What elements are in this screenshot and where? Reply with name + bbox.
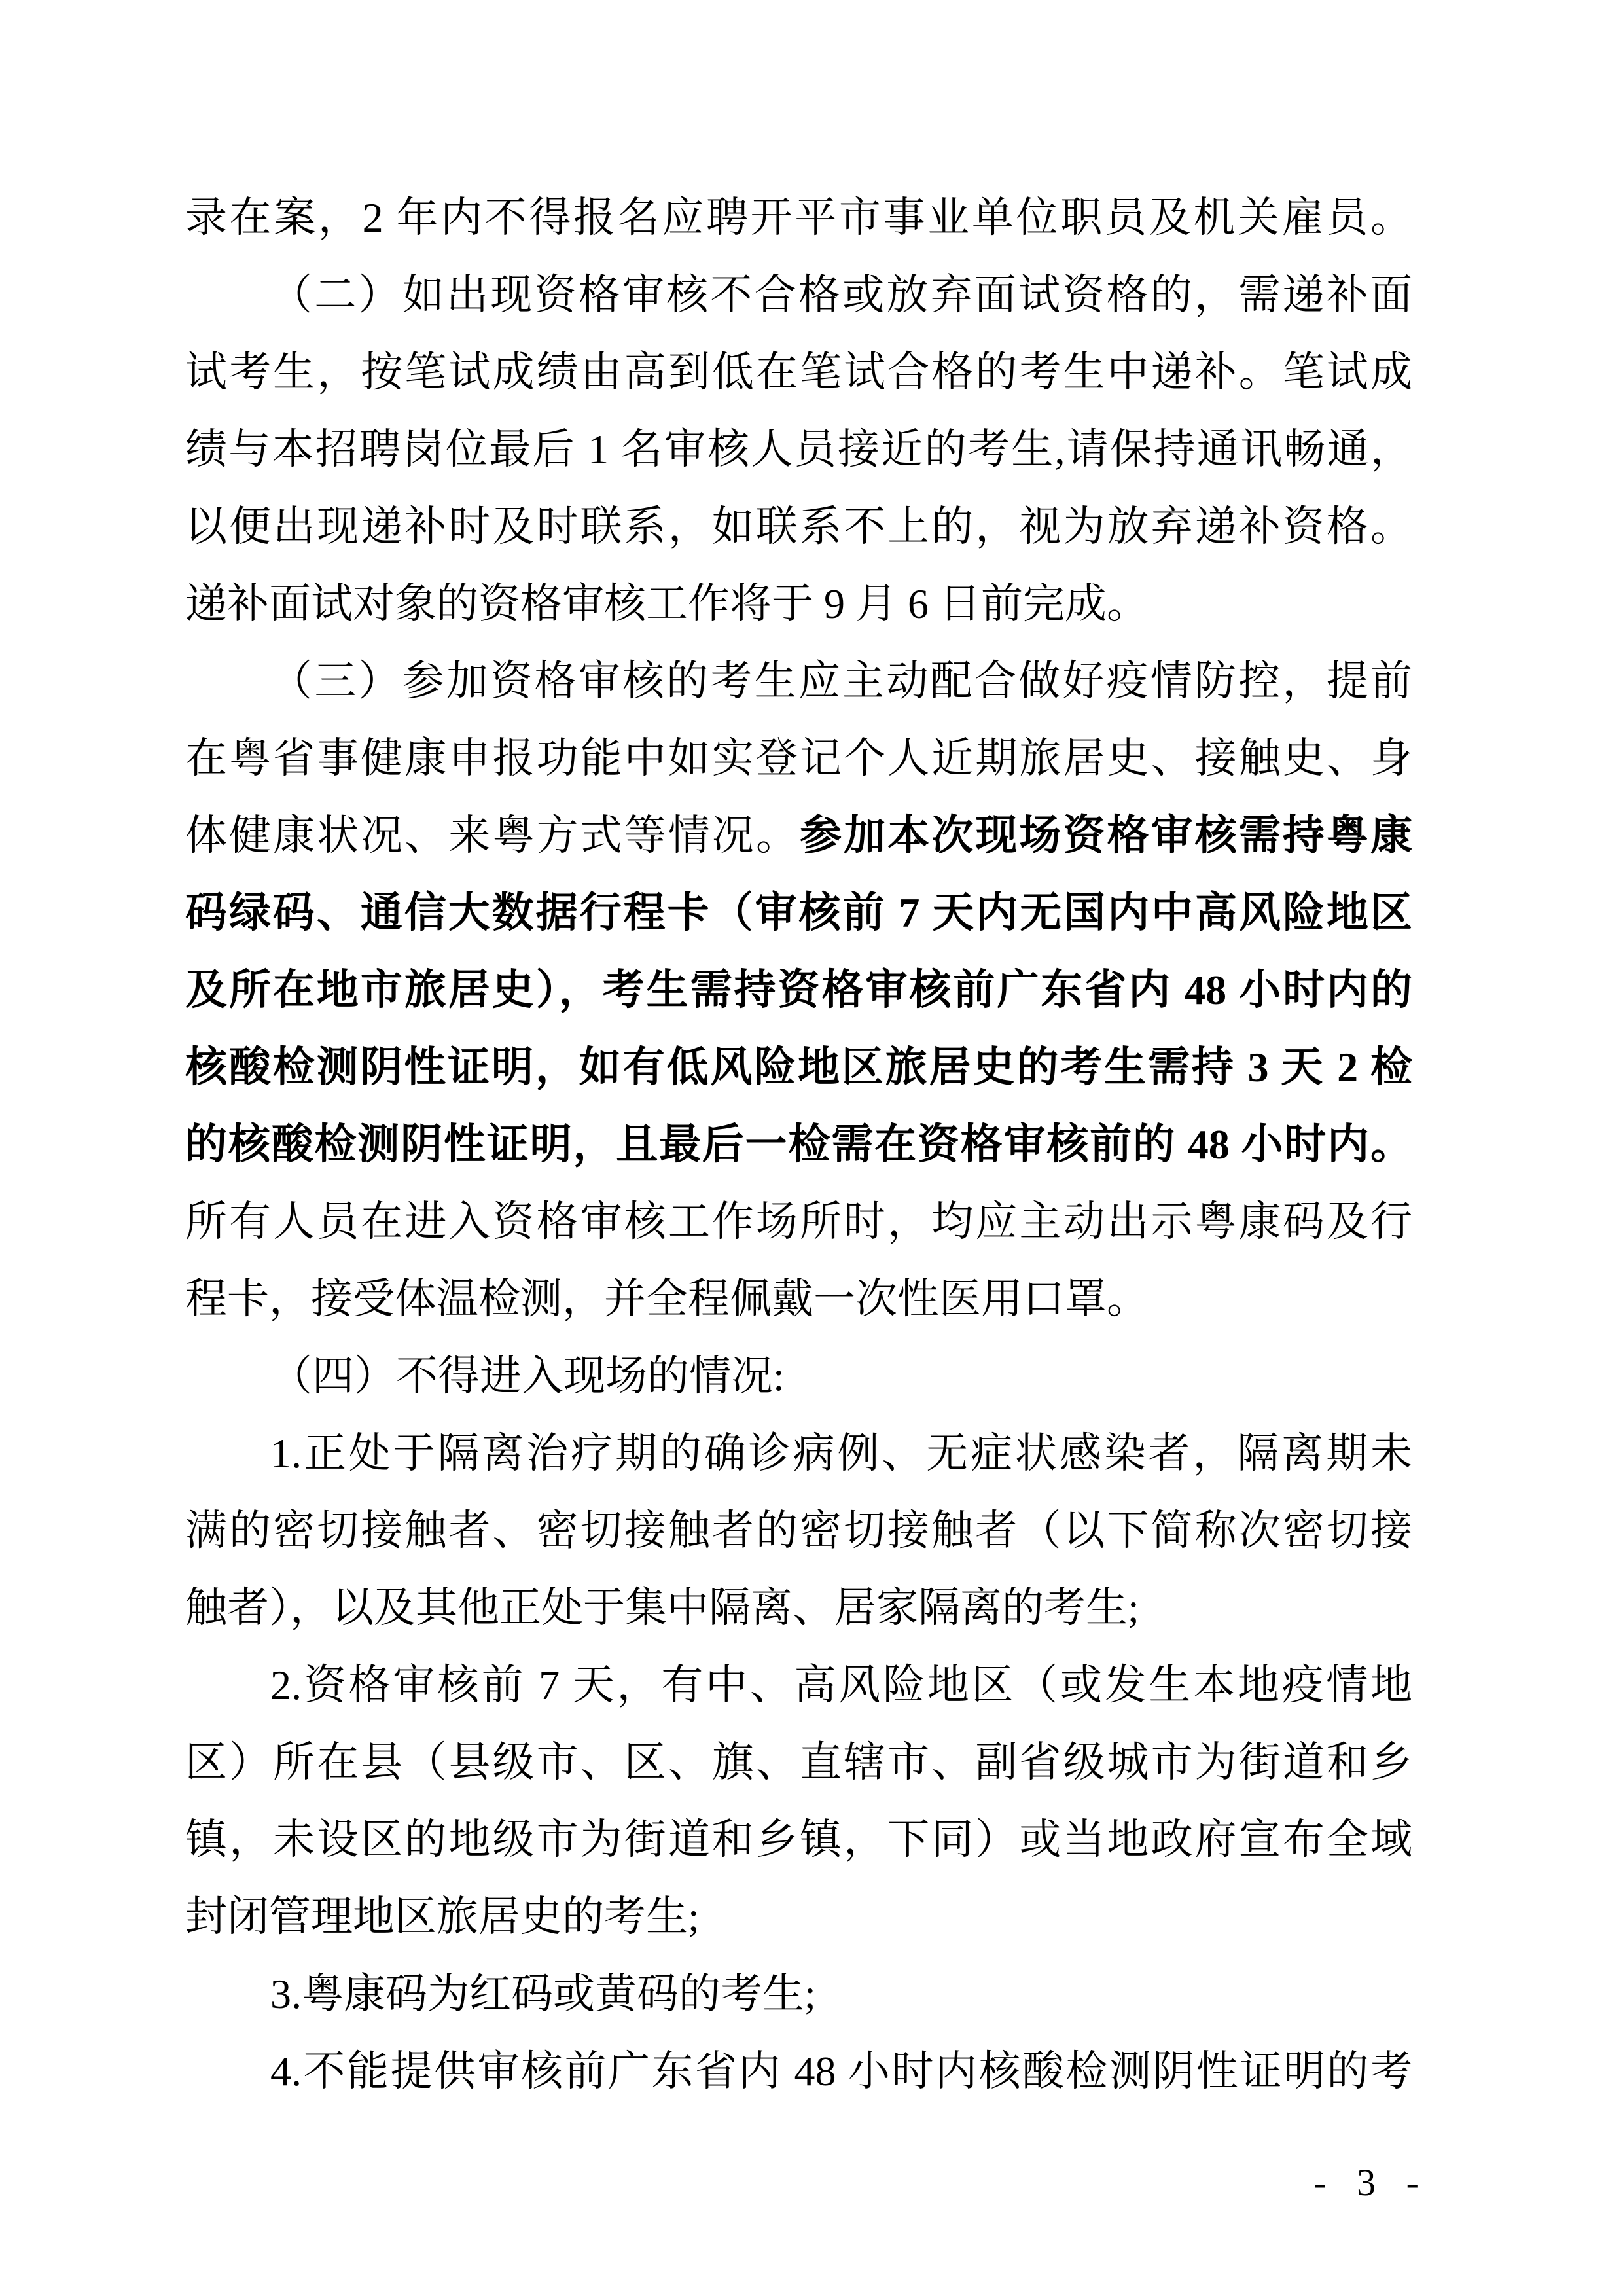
text-segment: 镇，未设区的地级市为街道和乡镇，下同）或当地政府宣布全域 (185, 1816, 1412, 1863)
text-line: （二）如出现资格审核不合格或放弃面试资格的，需递补面 (185, 257, 1412, 334)
text-line: 镇，未设区的地级市为街道和乡镇，下同）或当地政府宣布全域 (185, 1801, 1412, 1878)
text-segment: （二）如出现资格审核不合格或放弃面试资格的，需递补面 (270, 272, 1412, 318)
page-number: - 3 - (1313, 2160, 1429, 2206)
text-line: 满的密切接触者、密切接触者的密切接触者（以下简称次密切接 (185, 1492, 1412, 1570)
text-segment: 录在案，2 年内不得报名应聘开平市事业单位职员及机关雇员。 (185, 194, 1412, 241)
text-segment: 绩与本招聘岗位最后 1 名审核人员接近的考生,请保持通讯畅通， (185, 426, 1412, 473)
text-line: （四）不得进入现场的情况: (185, 1338, 1412, 1415)
text-line: （三）参加资格审核的考生应主动配合做好疫情防控，提前 (185, 643, 1412, 720)
text-segment: （三）参加资格审核的考生应主动配合做好疫情防控，提前 (270, 658, 1412, 704)
text-line: 录在案，2 年内不得报名应聘开平市事业单位职员及机关雇员。 (185, 179, 1412, 257)
text-segment: （四）不得进入现场的情况: (270, 1353, 785, 1399)
text-line: 递补面试对象的资格审核工作将于 9 月 6 日前完成。 (185, 565, 1412, 643)
text-line: 程卡，接受体温检测，并全程佩戴一次性医用口罩。 (185, 1261, 1412, 1338)
text-segment: 封闭管理地区旅居史的考生; (185, 1893, 700, 1940)
text-line: 触者），以及其他正处于集中隔离、居家隔离的考生; (185, 1570, 1412, 1647)
text-segment: 满的密切接触者、密切接触者的密切接触者（以下简称次密切接 (185, 1507, 1412, 1554)
document-page: 录在案，2 年内不得报名应聘开平市事业单位职员及机关雇员。（二）如出现资格审核不… (0, 0, 1623, 2296)
text-line: 体健康状况、来粤方式等情况。参加本次现场资格审核需持粤康 (185, 797, 1412, 874)
text-segment: 在粤省事健康申报功能中如实登记个人近期旅居史、接触史、身 (185, 735, 1412, 781)
text-segment: 程卡，接受体温检测，并全程佩戴一次性医用口罩。 (185, 1276, 1149, 1322)
text-line: 码绿码、通信大数据行程卡（审核前 7 天内无国内中高风险地区 (185, 874, 1412, 952)
text-segment: 所有人员在进入资格审核工作场所时，均应主动出示粤康码及行 (185, 1198, 1412, 1245)
text-segment: 2.资格审核前 7 天，有中、高风险地区（或发生本地疫情地 (270, 1662, 1412, 1708)
text-line: 试考生，按笔试成绩由高到低在笔试合格的考生中递补。笔试成 (185, 334, 1412, 411)
text-line: 1.正处于隔离治疗期的确诊病例、无症状感染者，隔离期未 (185, 1415, 1412, 1492)
text-line: 及所在地市旅居史），考生需持资格审核前广东省内 48 小时内的 (185, 952, 1412, 1029)
bold-text-segment: 码绿码、通信大数据行程卡（审核前 7 天内无国内中高风险地区 (185, 889, 1412, 936)
text-line: 绩与本招聘岗位最后 1 名审核人员接近的考生,请保持通讯畅通， (185, 411, 1412, 488)
text-line: 所有人员在进入资格审核工作场所时，均应主动出示粤康码及行 (185, 1183, 1412, 1261)
text-segment: 触者），以及其他正处于集中隔离、居家隔离的考生; (185, 1585, 1139, 1631)
text-line: 4.不能提供审核前广东省内 48 小时内核酸检测阴性证明的考 (185, 2033, 1412, 2110)
text-segment: 试考生，按笔试成绩由高到低在笔试合格的考生中递补。笔试成 (185, 349, 1412, 395)
text-line: 区）所在县（县级市、区、旗、直辖市、副省级城市为街道和乡 (185, 1724, 1412, 1801)
text-line: 的核酸检测阴性证明，且最后一检需在资格审核前的 48 小时内。 (185, 1106, 1412, 1183)
text-segment: 区）所在县（县级市、区、旗、直辖市、副省级城市为街道和乡 (185, 1739, 1412, 1785)
bold-text-segment: 参加本次现场资格审核需持粤康 (800, 812, 1412, 859)
document-body: 录在案，2 年内不得报名应聘开平市事业单位职员及机关雇员。（二）如出现资格审核不… (185, 179, 1412, 2110)
text-segment: 1.正处于隔离治疗期的确诊病例、无症状感染者，隔离期未 (270, 1430, 1412, 1477)
bold-text-segment: 核酸检测阴性证明，如有低风险地区旅居史的考生需持 3 天 2 检 (185, 1044, 1412, 1090)
bold-text-segment: 及所在地市旅居史），考生需持资格审核前广东省内 48 小时内的 (185, 967, 1412, 1013)
text-segment: 4.不能提供审核前广东省内 48 小时内核酸检测阴性证明的考 (270, 2048, 1412, 2094)
text-line: 2.资格审核前 7 天，有中、高风险地区（或发生本地疫情地 (185, 1647, 1412, 1724)
text-segment: 递补面试对象的资格审核工作将于 9 月 6 日前完成。 (185, 581, 1149, 627)
text-line: 3.粤康码为红码或黄码的考生; (185, 1956, 1412, 2033)
text-segment: 体健康状况、来粤方式等情况。 (185, 812, 800, 859)
text-line: 封闭管理地区旅居史的考生; (185, 1878, 1412, 1956)
text-line: 以便出现递补时及时联系，如联系不上的，视为放弃递补资格。 (185, 488, 1412, 565)
text-line: 核酸检测阴性证明，如有低风险地区旅居史的考生需持 3 天 2 检 (185, 1029, 1412, 1106)
text-segment: 3.粤康码为红码或黄码的考生; (270, 1971, 816, 2017)
bold-text-segment: 的核酸检测阴性证明，且最后一检需在资格审核前的 48 小时内。 (185, 1121, 1412, 1168)
text-line: 在粤省事健康申报功能中如实登记个人近期旅居史、接触史、身 (185, 720, 1412, 797)
text-segment: 以便出现递补时及时联系，如联系不上的，视为放弃递补资格。 (185, 503, 1412, 550)
